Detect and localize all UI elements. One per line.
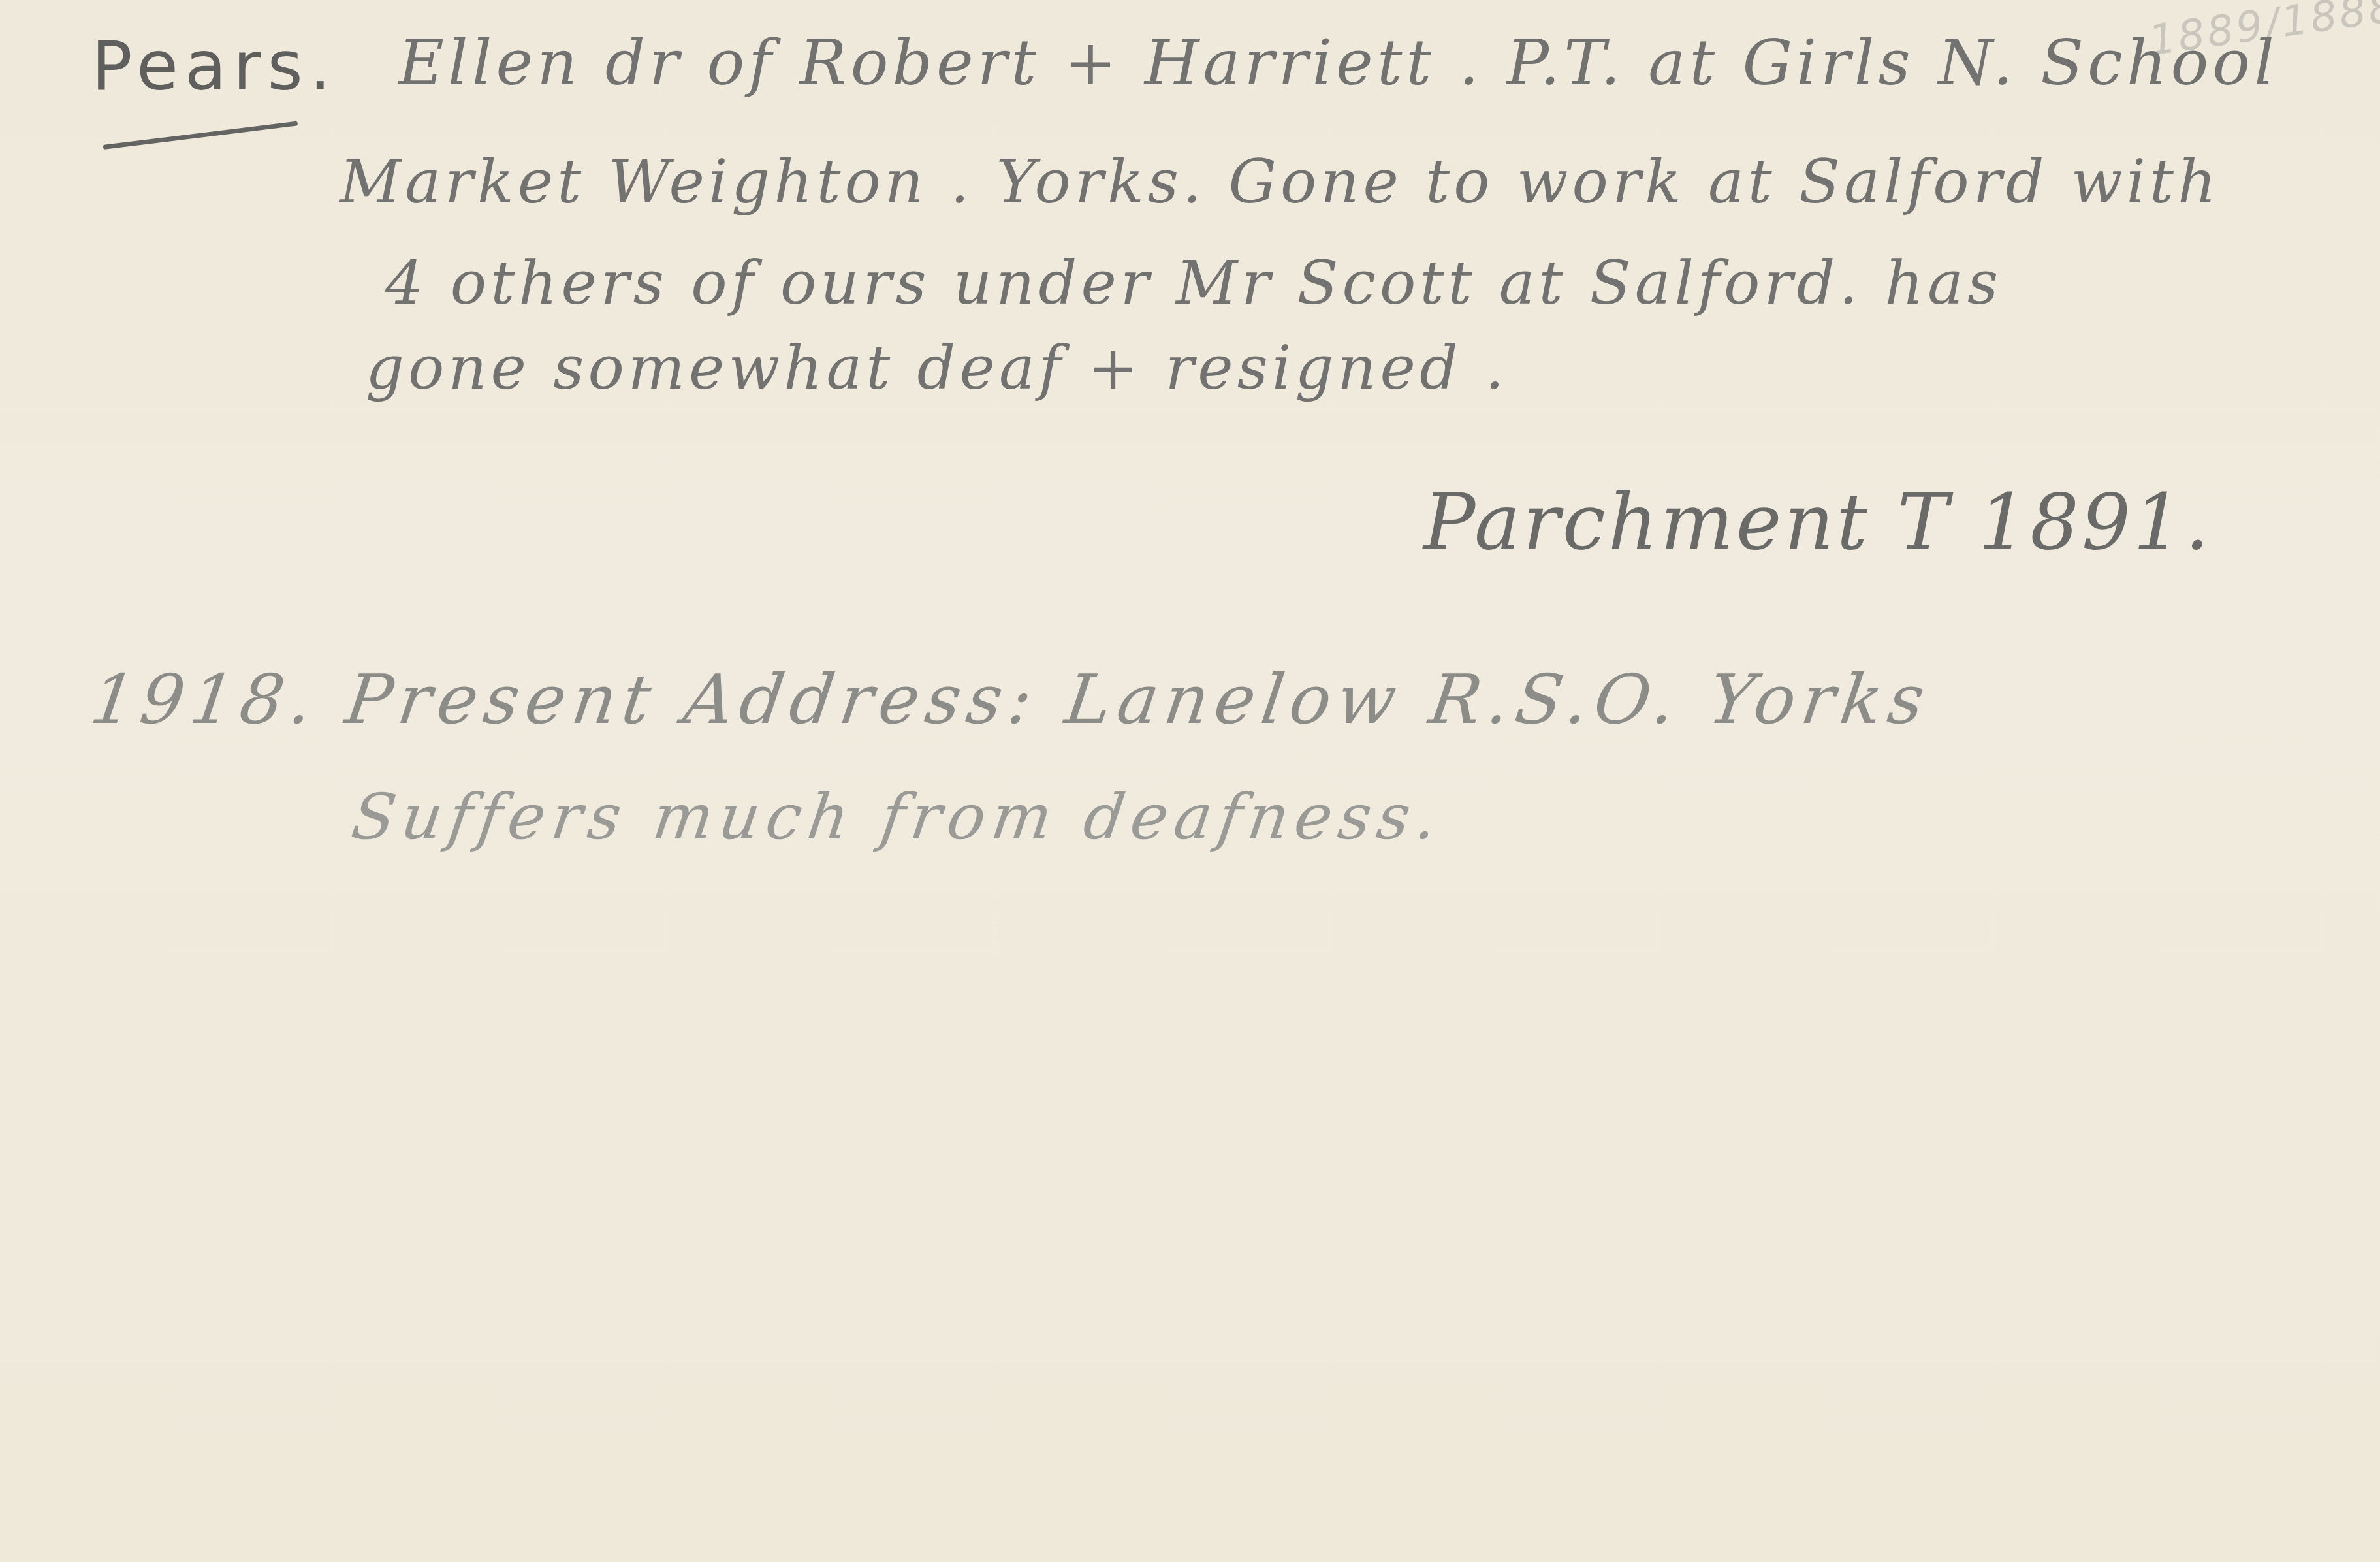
parchment-note: Parchment T 1891. <box>1423 477 2212 567</box>
surname-heading: Pears. <box>91 26 338 106</box>
entry-line-1: Ellen dr of Robert + Harriett . P.T. at … <box>398 26 2278 99</box>
entry-line-4: gone somewhat deaf + resigned . <box>366 333 1508 403</box>
later-entry-note: Suffers much from deafness. <box>347 780 1448 853</box>
surname-underline <box>103 121 298 150</box>
later-entry-address: 1918. Present Address: Lanelow R.S.O. Yo… <box>86 660 1935 739</box>
entry-line-2: Market Weighton . Yorks. Gone to work at… <box>340 147 2220 217</box>
archival-record-card: 1889/1888 Pears. Ellen dr of Robert + Ha… <box>0 0 2380 1562</box>
entry-line-3: 4 others of ours under Mr Scott at Salfo… <box>385 248 2002 318</box>
